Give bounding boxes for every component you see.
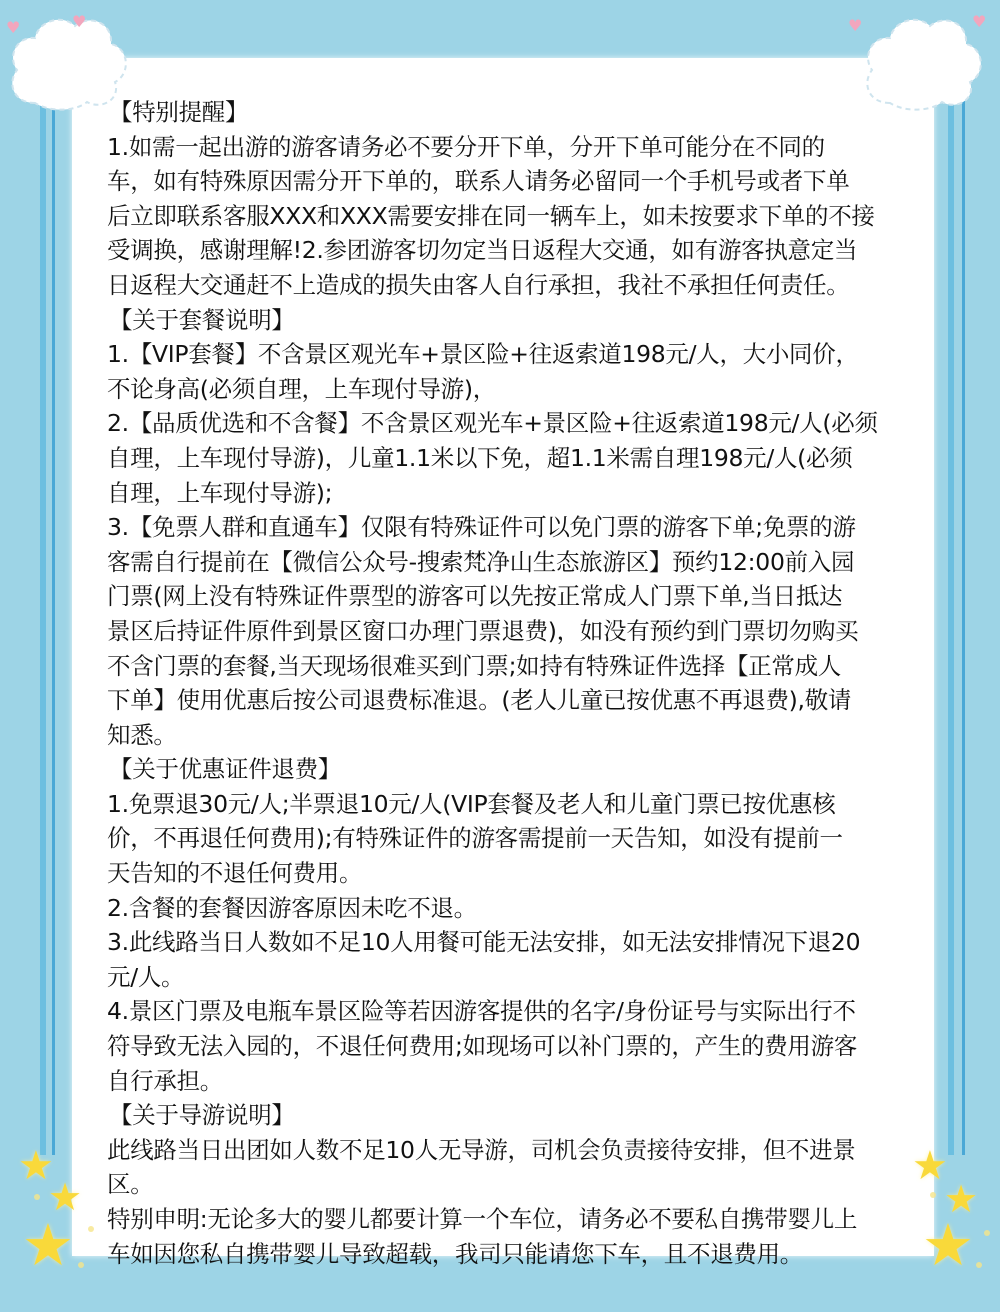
paragraph-line: 元/人。	[107, 960, 907, 995]
right-stripe-inner	[962, 95, 965, 1155]
paragraph-line: 门票(网上没有特殊证件票型的游客可以先按正常成人门票下单,当日抵达	[107, 579, 907, 614]
left-stripe-inner	[52, 95, 55, 1155]
paragraph-line: 价，不再退任何费用);有特殊证件的游客需提前一天告知，如没有提前一	[107, 821, 907, 856]
paragraph-line: 1.免票退30元/人;半票退10元/人(VIP套餐及老人和儿童门票已按优惠核	[107, 787, 907, 822]
paragraph-line: 1.如需一起出游的游客请务必不要分开下单，分开下单可能分在不同的	[107, 130, 907, 165]
paragraph-line: 4.景区门票及电瓶车景区险等若因游客提供的名字/身份证号与实际出行不	[107, 994, 907, 1029]
section-heading-discount-refund: 【关于优惠证件退费】	[107, 752, 907, 787]
paragraph-line: 区。	[107, 1167, 907, 1202]
heart-icon: ♥	[972, 14, 986, 30]
heart-icon: ♥	[72, 14, 86, 30]
heart-icon: ♥	[848, 18, 862, 34]
sparkle-dot	[976, 1262, 982, 1268]
sparkle-dot	[34, 1194, 40, 1200]
paragraph-line: 自行承担。	[107, 1064, 907, 1099]
paragraph-line: 车如因您私自携带婴儿导致超载，我司只能请您下车，且不退费用。	[107, 1237, 907, 1272]
right-stripe-outer	[948, 95, 954, 1155]
notice-content: 【特别提醒】 1.如需一起出游的游客请务必不要分开下单，分开下单可能分在不同的 …	[107, 95, 907, 1271]
paragraph-line: 1.【VIP套餐】不含景区观光车+景区险+往返索道198元/人，大小同价，	[107, 337, 907, 372]
heart-icon: ♥	[6, 20, 20, 36]
star-icon: ★	[912, 1146, 948, 1186]
star-icon: ★	[922, 1216, 974, 1274]
paragraph-line: 自理，上车现付导游)，儿童1.1米以下免，超1.1米需自理198元/人(必须	[107, 441, 907, 476]
paragraph-line: 此线路当日出团如人数不足10人无导游，司机会负责接待安排，但不进景	[107, 1133, 907, 1168]
paragraph-line: 自理，上车现付导游);	[107, 476, 907, 511]
paragraph-line: 符导致无法入园的，不退任何费用;如现场可以补门票的，产生的费用游客	[107, 1029, 907, 1064]
paragraph-line: 天告知的不退任何费用。	[107, 856, 907, 891]
paragraph-line: 不含门票的套餐,当天现场很难买到门票;如持有特殊证件选择【正常成人	[107, 649, 907, 684]
paragraph-line: 2.【品质优选和不含餐】不含景区观光车+景区险+往返索道198元/人(必须	[107, 406, 907, 441]
paragraph-line: 3.此线路当日人数如不足10人用餐可能无法安排，如无法安排情况下退20	[107, 925, 907, 960]
paragraph-line: 受调换，感谢理解!2.参团游客切勿定当日返程大交通，如有游客执意定当	[107, 233, 907, 268]
paragraph-line: 日返程大交通赶不上造成的损失由客人自行承担，我社不承担任何责任。	[107, 268, 907, 303]
sparkle-dot	[88, 1226, 94, 1232]
paragraph-line: 景区后持证件原件到景区窗口办理门票退费)，如没有预约到门票切勿购买	[107, 614, 907, 649]
paragraph-line: 后立即联系客服XXX和XXX需要安排在同一辆车上，如未按要求下单的不接	[107, 199, 907, 234]
paragraph-line: 下单】使用优惠后按公司退费标准退。(老人儿童已按优惠不再退费),敬请	[107, 683, 907, 718]
section-heading-package-info: 【关于套餐说明】	[107, 303, 907, 338]
paragraph-line: 知悉。	[107, 718, 907, 753]
paragraph-line: 3.【免票人群和直通车】仅限有特殊证件可以免门票的游客下单;免票的游	[107, 510, 907, 545]
paragraph-line: 特别申明:无论多大的婴儿都要计算一个车位，请务必不要私自携带婴儿上	[107, 1202, 907, 1237]
paragraph-line: 车，如有特殊原因需分开下单的，联系人请务必留同一个手机号或者下单	[107, 164, 907, 199]
section-heading-guide-info: 【关于导游说明】	[107, 1098, 907, 1133]
paragraph-line: 2.含餐的套餐因游客原因未吃不退。	[107, 891, 907, 926]
paragraph-line: 不论身高(必须自理，上车现付导游)，	[107, 372, 907, 407]
paragraph-line: 客需自行提前在【微信公众号-搜索梵净山生态旅游区】预约12:00前入园	[107, 545, 907, 580]
star-icon: ★	[22, 1216, 74, 1274]
sparkle-dot	[78, 1262, 84, 1268]
section-heading-special-reminder: 【特别提醒】	[107, 95, 907, 130]
sparkle-dot	[984, 1230, 990, 1236]
sparkle-dot	[930, 1192, 936, 1198]
left-stripe-outer	[40, 95, 46, 1155]
